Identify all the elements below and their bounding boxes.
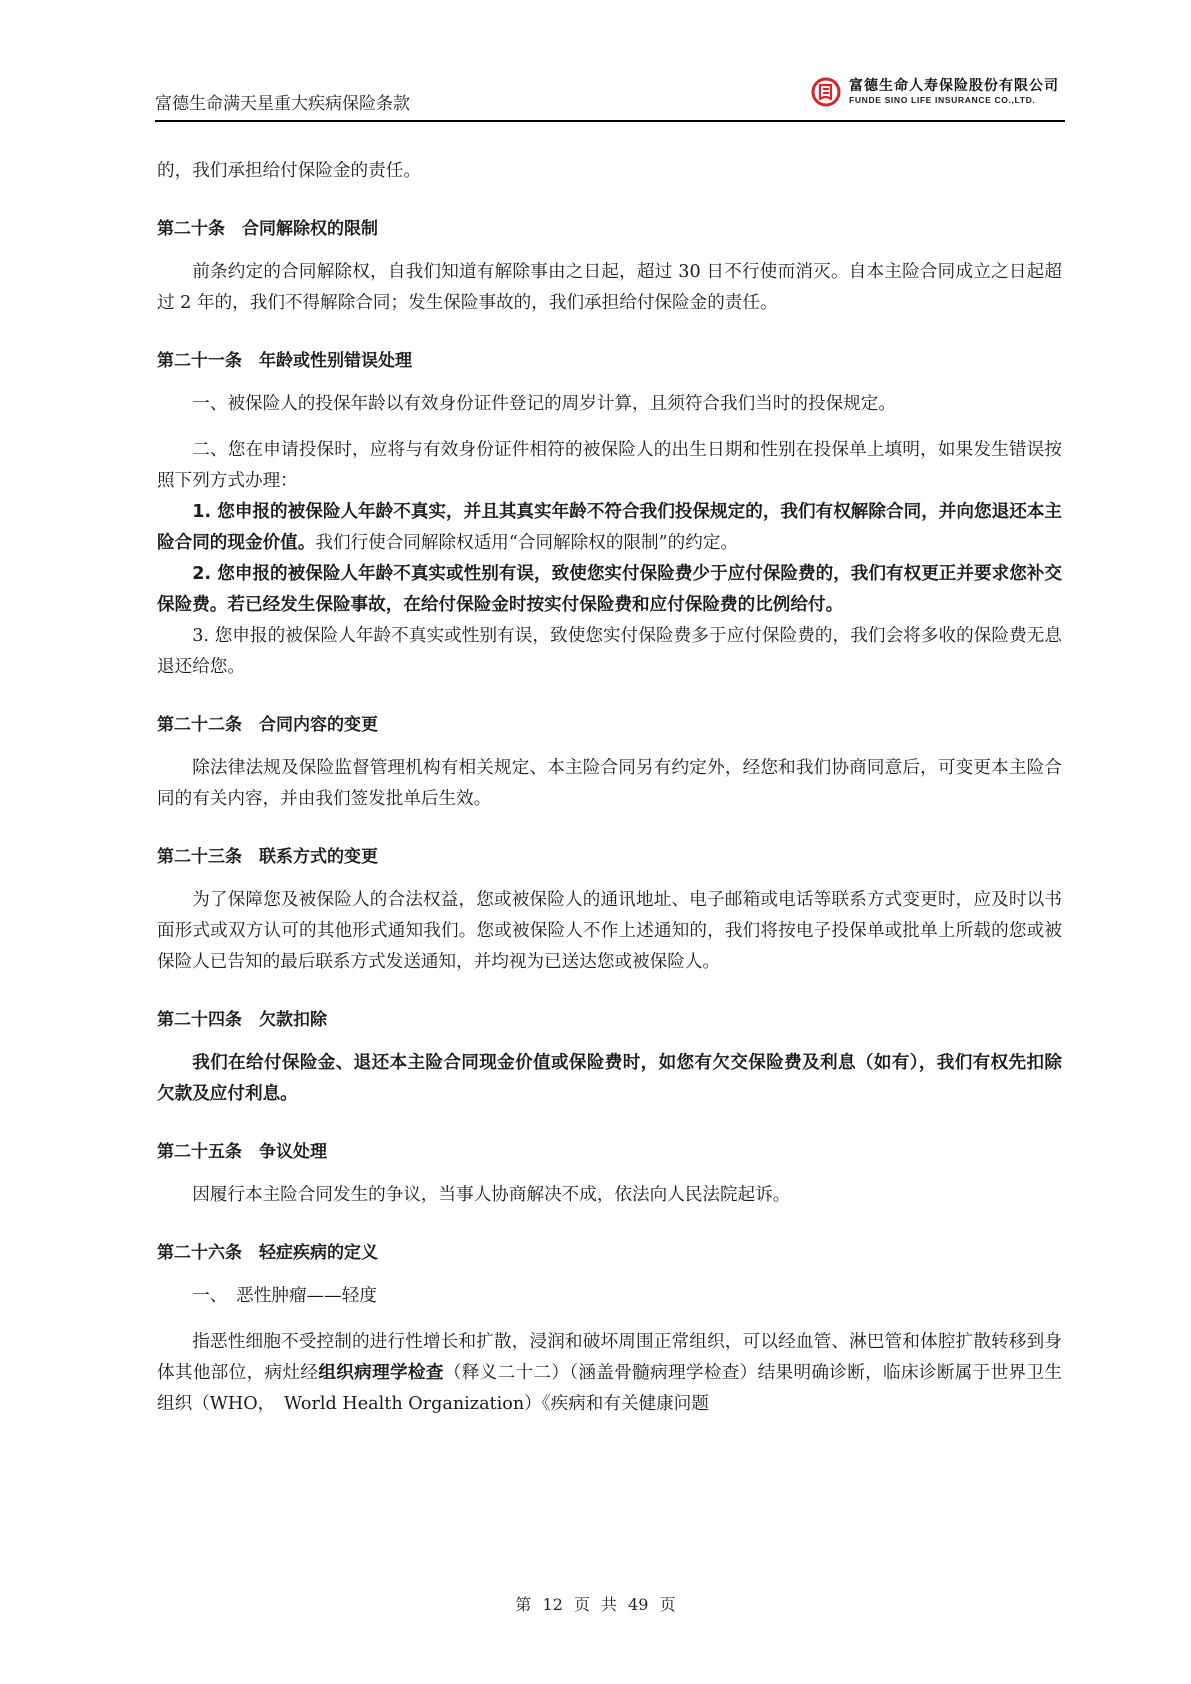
article-21: 第二十一条 年龄或性别错误处理 一、被保险人的投保年龄以有效身份证件登记的周岁计… — [157, 346, 1062, 683]
company-name-en: FUNDE SINO LIFE INSURANCE CO.,LTD. — [849, 95, 1059, 106]
document-body: 的，我们承担给付保险金的责任。 第二十条 合同解除权的限制 前条约定的合同解除权… — [157, 156, 1062, 1420]
article-heading: 第二十二条 合同内容的变更 — [157, 710, 1062, 741]
company-logo: 富德生命人寿保险股份有限公司 FUNDE SINO LIFE INSURANCE… — [811, 74, 1059, 110]
bold-term: 组织病理学检查 — [318, 1363, 443, 1383]
article-heading: 第二十六条 轻症疾病的定义 — [157, 1238, 1062, 1269]
article-24: 第二十四条 欠款扣除 我们在给付保险金、退还本主险合同现金价值或保险费时，如您有… — [157, 1005, 1062, 1110]
page-number: 第 12 页 共 49 页 — [0, 1592, 1191, 1615]
article-22: 第二十二条 合同内容的变更 除法律法规及保险监督管理机构有相关规定、本主险合同另… — [157, 710, 1062, 815]
paragraph: 一、被保险人的投保年龄以有效身份证件登记的周岁计算，且须符合我们当时的投保规定。 — [157, 389, 1062, 420]
paragraph: 二、您在申请投保时，应将与有效身份证件相符的被保险人的出生日期和性别在投保单上填… — [157, 435, 1062, 497]
page-header: 富德生命满天星重大疾病保险条款 富德生命人寿保险股份有限公司 FUNDE SIN… — [155, 70, 1065, 122]
list-item: 2. 您申报的被保险人年龄不真实或性别有误，致使您实付保险费少于应付保险费的，我… — [157, 559, 1062, 621]
article-25: 第二十五条 争议处理 因履行本主险合同发生的争议，当事人协商解决不成，依法向人民… — [157, 1137, 1062, 1211]
company-seal-icon — [811, 77, 841, 107]
paragraph: 为了保障您及被保险人的合法权益，您或被保险人的通讯地址、电子邮箱或电话等联系方式… — [157, 885, 1062, 978]
article-23: 第二十三条 联系方式的变更 为了保障您及被保险人的合法权益，您或被保险人的通讯地… — [157, 842, 1062, 978]
company-name-cn: 富德生命人寿保险股份有限公司 — [849, 78, 1059, 95]
paragraph: 除法律法规及保险监督管理机构有相关规定、本主险合同另有约定外，经您和我们协商同意… — [157, 753, 1062, 815]
list-item: 1. 您申报的被保险人年龄不真实，并且其真实年龄不符合我们投保规定的，我们有权解… — [157, 497, 1062, 559]
document-title: 富德生命满天星重大疾病保险条款 — [155, 89, 410, 114]
article-heading: 第二十条 合同解除权的限制 — [157, 214, 1062, 245]
list-item: 3. 您申报的被保险人年龄不真实或性别有误，致使您实付保险费多于应付保险费的，我… — [157, 621, 1062, 683]
article-20: 第二十条 合同解除权的限制 前条约定的合同解除权，自我们知道有解除事由之日起，超… — [157, 214, 1062, 319]
article-26: 第二十六条 轻症疾病的定义 一、 恶性肿瘤——轻度 指恶性细胞不受控制的进行性增… — [157, 1238, 1062, 1420]
subheading: 一、 恶性肿瘤——轻度 — [157, 1281, 1062, 1312]
normal-text: 我们行使合同解除权适用“合同解除权的限制”的约定。 — [315, 533, 738, 553]
paragraph: 我们在给付保险金、退还本主险合同现金价值或保险费时，如您有欠交保险费及利息（如有… — [157, 1048, 1062, 1110]
article-heading: 第二十一条 年龄或性别错误处理 — [157, 346, 1062, 377]
article-heading: 第二十四条 欠款扣除 — [157, 1005, 1062, 1036]
continuation-text: 的，我们承担给付保险金的责任。 — [157, 156, 1062, 187]
article-heading: 第二十三条 联系方式的变更 — [157, 842, 1062, 873]
article-heading: 第二十五条 争议处理 — [157, 1137, 1062, 1168]
paragraph: 前条约定的合同解除权，自我们知道有解除事由之日起，超过 30 日不行使而消灭。自… — [157, 257, 1062, 319]
paragraph: 指恶性细胞不受控制的进行性增长和扩散，浸润和破坏周围正常组织，可以经血管、淋巴管… — [157, 1327, 1062, 1420]
paragraph: 因履行本主险合同发生的争议，当事人协商解决不成，依法向人民法院起诉。 — [157, 1180, 1062, 1211]
